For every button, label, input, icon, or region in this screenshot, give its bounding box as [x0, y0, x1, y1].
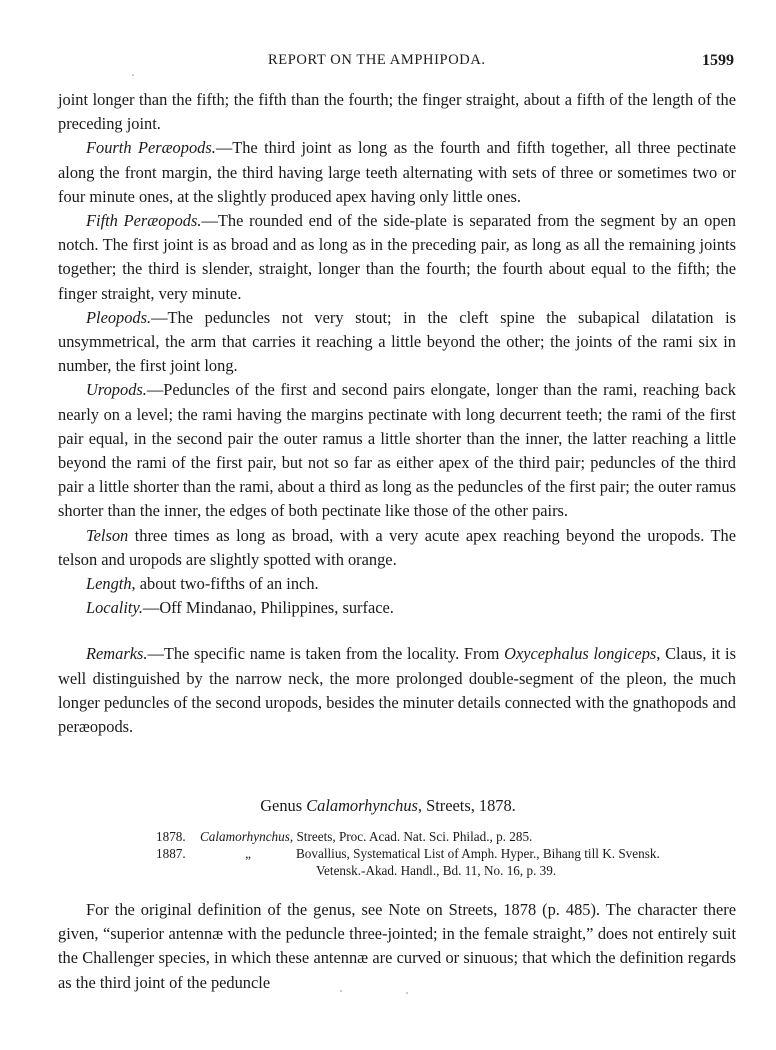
paragraph-pleopods: Pleopods.—The peduncles not very stout; …	[58, 306, 736, 379]
section-label: Remarks.	[86, 644, 147, 663]
paragraph-fourth-peraeopods: Fourth Peræopods.—The third joint as lon…	[58, 136, 736, 209]
section-label: Length	[86, 574, 132, 593]
paragraph-continuation: joint longer than the fifth; the fifth t…	[58, 88, 736, 136]
section-label: Telson	[86, 526, 128, 545]
section-label: Uropods.	[86, 380, 147, 399]
genus-definition-section: For the original definition of the genus…	[58, 898, 736, 995]
section-label: Locality.	[86, 598, 143, 617]
scan-speck	[132, 74, 134, 76]
synonymy-name: Calamorhynchus	[200, 829, 290, 844]
description-section: joint longer than the fifth; the fifth t…	[58, 88, 736, 739]
paragraph-remarks: Remarks.—The specific name is taken from…	[58, 642, 736, 739]
ditto-mark: „	[200, 845, 296, 862]
species-name: Oxycephalus longiceps	[504, 644, 656, 663]
synonymy-reference-continuation: Vetensk.-Akad. Handl., Bd. 11, No. 16, p…	[156, 862, 738, 879]
running-title: REPORT ON THE AMPHIPODA.	[268, 52, 486, 69]
synonymy-entry: 1887. „ Bovallius, Systematical List of …	[156, 845, 738, 862]
section-label: Fourth Peræopods.	[86, 138, 216, 157]
paragraph-genus-definition: For the original definition of the genus…	[58, 898, 736, 995]
page-header: REPORT ON THE AMPHIPODA. 1599	[0, 52, 776, 76]
spacer	[58, 620, 736, 642]
paragraph-fifth-peraeopods: Fifth Peræopods.—The rounded end of the …	[58, 209, 736, 306]
paragraph-telson: Telson three times as long as broad, wit…	[58, 524, 736, 572]
genus-heading: Genus Calamorhynchus, Streets, 1878.	[0, 796, 776, 816]
paragraph-uropods: Uropods.—Peduncles of the first and seco…	[58, 378, 736, 523]
section-label: Fifth Peræopods.	[86, 211, 201, 230]
synonymy-list: 1878. Calamorhynchus, Streets, Proc. Aca…	[156, 828, 738, 879]
paragraph-length: Length, about two-fifths of an inch.	[58, 572, 736, 596]
synonymy-year: 1878.	[156, 828, 200, 845]
section-label: Pleopods.	[86, 308, 151, 327]
scan-speck	[406, 992, 408, 994]
genus-name: Calamorhynchus	[306, 796, 418, 815]
synonymy-year: 1887.	[156, 845, 200, 862]
synonymy-reference: Bovallius, Systematical List of Amph. Hy…	[296, 845, 660, 862]
paragraph-locality: Locality.—Off Mindanao, Philippines, sur…	[58, 596, 736, 620]
page-number: 1599	[702, 52, 734, 70]
scan-speck	[340, 990, 342, 992]
synonymy-entry: 1878. Calamorhynchus, Streets, Proc. Aca…	[156, 828, 738, 845]
